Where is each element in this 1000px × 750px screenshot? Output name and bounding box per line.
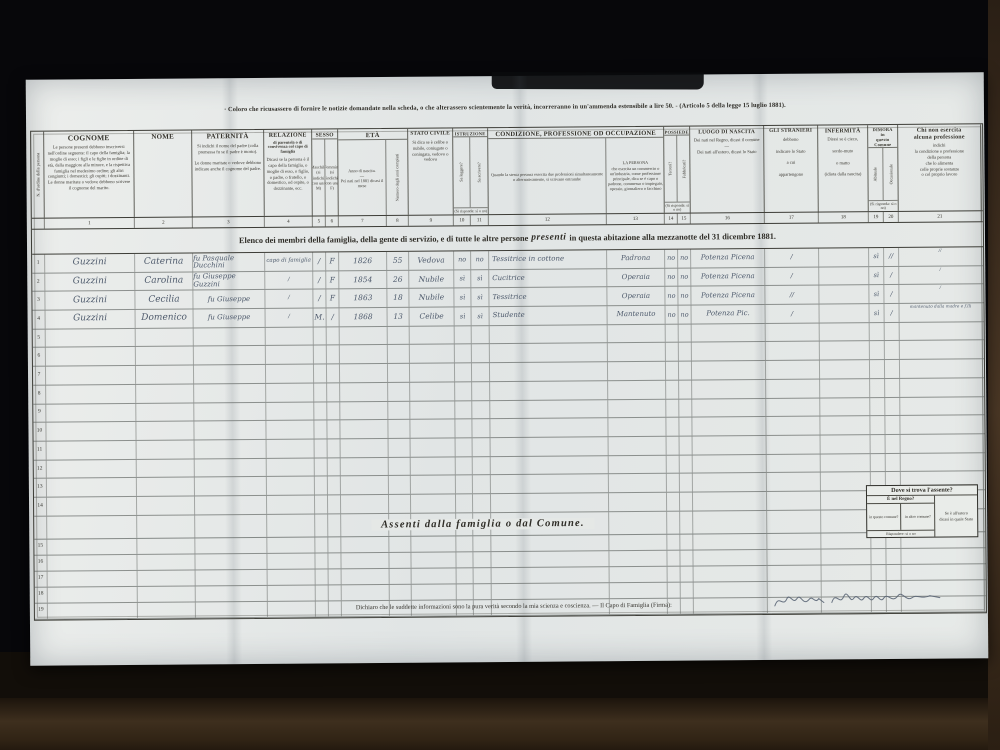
cell-cognome <box>48 603 138 619</box>
cell-n: 11 <box>34 441 47 459</box>
col-header-dimora: DIMORA in questo ComuneAbitualeOccasiona… <box>868 125 899 211</box>
cell-persona: Padrona <box>607 250 665 268</box>
col-foot-istruzione: (Si risponda: sì o no) <box>454 207 488 214</box>
legal-warning: · Coloro che ricusassero di fornire le n… <box>26 100 984 115</box>
cell-relazione <box>267 458 315 476</box>
col-header-relazione: RELAZIONEdi parentela o di convivenza co… <box>264 130 313 216</box>
cell-nascita <box>692 398 766 416</box>
cell-scrive <box>472 345 490 363</box>
col-title-nome: NOME <box>134 130 191 141</box>
col-header-nome: NOME <box>134 130 193 216</box>
cell-infermita <box>821 533 871 548</box>
cell-chinon: mantenuto dalla madre e f.lli <box>900 303 983 321</box>
col-subcols-condizione: Quando la stessa persona esercita due pr… <box>488 137 664 214</box>
cell-cognome <box>46 329 136 347</box>
cell-nascita <box>693 492 767 510</box>
cell-scrive <box>472 363 490 381</box>
cell-anno <box>340 383 388 401</box>
cell-persona: Operaia <box>607 268 665 286</box>
cell-terreni <box>667 534 680 549</box>
col-sub-possiede-2: Fabbricati? <box>677 136 691 202</box>
cell-legge: sì <box>454 270 471 288</box>
cell-paternita <box>195 458 267 476</box>
cell-m <box>314 402 327 420</box>
col-note-chinon: indichi la condizione o professione dell… <box>898 140 981 210</box>
cell-fabbricati <box>679 418 692 436</box>
cell-stato: Nubile <box>409 289 454 307</box>
cell-f <box>327 402 340 420</box>
cell-persona <box>610 582 668 597</box>
cell-abituale: sì <box>869 285 884 303</box>
band-cell <box>47 516 137 539</box>
cell-terreni <box>667 493 680 511</box>
cell-professione <box>490 325 608 344</box>
cell-chinon <box>900 397 983 415</box>
numcell-blank <box>32 219 45 229</box>
cell-m <box>314 365 327 383</box>
cell-infermita <box>819 286 869 304</box>
cell-fabbricati <box>680 474 693 492</box>
cell-stato <box>411 476 456 494</box>
band-cell <box>137 515 195 537</box>
cell-abituale <box>870 360 885 378</box>
band-cell <box>267 514 315 536</box>
numcell-5: 5 <box>313 216 326 226</box>
cell-nascita <box>693 473 767 491</box>
cell-stranieri <box>766 342 820 360</box>
cell-fabbricati: no <box>678 268 691 286</box>
numcell-1: 1 <box>45 218 135 229</box>
elenco-text: Elenco dei membri della famiglia, della … <box>239 233 528 244</box>
cell-anno <box>341 495 389 513</box>
band-cell <box>315 514 328 536</box>
cell-n: 15 <box>34 539 47 554</box>
cell-nome <box>138 570 196 585</box>
cell-n: 2 <box>32 273 45 291</box>
numcell-6: 6 <box>326 216 339 226</box>
cell-paternita <box>194 365 266 383</box>
cell-persona <box>608 418 666 436</box>
col-header-condizione: CONDIZIONE, PROFESSIONE OD OCCUPAZIONEQu… <box>488 127 665 214</box>
cell-n: 10 <box>33 423 46 441</box>
col-title-stranieri: GLI STRANIERI <box>764 126 817 135</box>
cell-scrive <box>472 401 490 419</box>
cell-nascita <box>693 550 767 566</box>
cell-m <box>315 537 328 552</box>
cell-legge <box>456 457 473 475</box>
numcell-19: 19 <box>869 212 884 222</box>
cell-nascita <box>694 566 768 582</box>
band-cell <box>328 514 341 536</box>
cell-anno <box>340 364 388 382</box>
cell-n: 14 <box>34 498 47 516</box>
col-subcols-sesso: Maschile (si indichi con una M)Femmina (… <box>312 138 338 215</box>
cell-paternita <box>195 538 267 554</box>
cell-paternita <box>196 602 268 618</box>
numcell-4: 4 <box>265 217 313 227</box>
cell-stato: Vedova <box>409 251 454 269</box>
cell-abituale <box>871 549 886 564</box>
cell-stranieri <box>767 549 821 564</box>
cell-terreni <box>666 324 679 342</box>
cell-cognome <box>47 539 137 555</box>
band-cell <box>609 511 667 533</box>
cell-anno: 1854 <box>339 271 387 289</box>
cell-relazione <box>266 327 314 345</box>
cell-relazione <box>267 439 315 457</box>
cell-relazione: capo di famiglia <box>265 253 313 271</box>
numcell-11: 11 <box>471 215 489 225</box>
numcell-3: 3 <box>193 217 265 228</box>
cell-persona <box>608 362 666 380</box>
cell-fabbricati <box>679 380 692 398</box>
cell-professione <box>491 535 609 551</box>
cell-stranieri: ∕ <box>765 267 819 285</box>
cell-anni <box>388 383 410 401</box>
col-title-chinon: Chi non esercita alcuna professione <box>898 124 980 141</box>
elenco-presenti: presenti <box>531 233 566 243</box>
cell-nascita: Potenza Picena <box>691 268 765 286</box>
col-header-possiede: POSSIEDETerreni?Fabbricati?(Si risponda:… <box>664 127 691 213</box>
col-subtitle-relazione: di parentela o di convivenza col capo di… <box>264 139 311 155</box>
cell-f: F <box>326 271 339 289</box>
col-title-sesso: SESSO <box>312 129 337 138</box>
col-header-luogo: LUOGO DI NASCITADei nati nel Regno, dica… <box>690 126 765 213</box>
cell-m: ∕ <box>313 271 326 289</box>
cell-nascita: Potenza Pic. <box>692 305 766 323</box>
cell-relazione <box>267 553 315 568</box>
cell-nome <box>136 403 194 421</box>
cell-m <box>316 585 329 600</box>
cell-nascita <box>692 417 766 435</box>
cell-anni: 55 <box>387 252 409 270</box>
numcell-12: 12 <box>489 214 607 225</box>
cell-cognome <box>48 571 138 587</box>
cell-nascita: Potenza Picena <box>691 286 765 304</box>
cell-legge <box>455 401 472 419</box>
cell-cognome <box>48 587 138 603</box>
cell-stranieri <box>766 398 820 416</box>
cell-f <box>327 364 340 382</box>
col-note-relazione: Dicasi se la persona è il capo della fam… <box>264 155 311 216</box>
col-sub-condizione-2: LA PERSONA che esercita un commercio o u… <box>606 138 665 213</box>
cell-legge: no <box>454 251 471 269</box>
cell-nome <box>137 440 195 458</box>
cell-scrive <box>474 568 492 583</box>
cell-persona <box>609 455 667 473</box>
cell-m <box>315 439 328 457</box>
cell-fabbricati: no <box>679 306 692 324</box>
cell-persona: Mantenuto <box>608 306 666 324</box>
table-header-row: N. d'ordine della personaCOGNOMELe perso… <box>31 124 983 218</box>
cell-nome <box>137 496 195 514</box>
cell-nascita <box>694 582 768 598</box>
cell-scrive: sì <box>471 270 489 288</box>
cell-fabbricati <box>679 324 692 342</box>
cell-m <box>314 346 327 364</box>
col-sub-sesso-1: Maschile (si indichi con una M) <box>312 139 326 215</box>
numcell-18: 18 <box>819 212 869 222</box>
cell-anno <box>341 537 389 552</box>
cell-paternita <box>194 384 266 402</box>
cell-persona <box>610 566 668 581</box>
cell-nascita <box>693 436 767 454</box>
col-sub-istruzione-2: Sa scrivere? <box>470 137 489 207</box>
col-title-infermita: INFERMITÀ <box>818 125 867 135</box>
cell-infermita <box>820 323 870 341</box>
col-header-eta: ETÀAnno di nascita. — Pei nati nel 1881 … <box>338 129 409 216</box>
cell-n: 1 <box>32 255 45 273</box>
sub-vertical-text: Abituale <box>873 167 878 181</box>
cell-persona <box>609 493 667 511</box>
cell-stranieri <box>766 379 820 397</box>
cell-stranieri <box>766 417 820 435</box>
col-subcols-eta: Anno di nascita. — Pei nati nel 1881 dic… <box>338 139 408 215</box>
cell-nome <box>136 347 194 365</box>
cell-terreni <box>667 455 680 473</box>
cell-nascita <box>693 455 767 473</box>
band-cell <box>821 510 871 532</box>
cell-stato <box>412 584 457 599</box>
cell-nome <box>136 384 194 402</box>
cell-f <box>328 553 341 568</box>
numcell-8: 8 <box>387 216 409 226</box>
cell-occasionale <box>885 379 900 397</box>
absent-location-box: Dove si trova l'assente? È nel Regno? in… <box>866 484 978 538</box>
cell-m: M. <box>314 308 327 326</box>
cell-infermita <box>820 416 870 434</box>
cell-stato <box>411 552 456 567</box>
cell-stato <box>411 536 456 551</box>
cell-persona <box>609 474 667 492</box>
cell-stato <box>412 568 457 583</box>
cell-m <box>315 553 328 568</box>
cell-occasionale <box>885 360 900 378</box>
cell-terreni <box>666 343 679 361</box>
cell-professione: Tessitrice in cottone <box>489 250 607 269</box>
cell-m: ∕ <box>313 290 326 308</box>
col-sub-condizione-1: Quando la stessa persona esercita due pr… <box>488 138 607 214</box>
cell-f <box>327 420 340 438</box>
cell-m <box>315 495 328 513</box>
band-cell <box>667 511 680 533</box>
cell-nascita <box>693 534 767 550</box>
cell-anni: 13 <box>388 308 410 326</box>
cell-stato <box>410 420 455 438</box>
cell-infermita <box>819 267 869 285</box>
col-sub-dimora-2: Occasionale <box>883 148 898 200</box>
cell-infermita <box>820 304 870 322</box>
cell-n: 7 <box>33 367 46 385</box>
cell-chinon <box>900 322 983 340</box>
sub-vertical-text: Numero degli anni compiuti <box>395 154 400 201</box>
cell-occasionale: ∕ <box>885 304 900 322</box>
cell-anni <box>388 327 410 345</box>
cell-infermita <box>819 248 869 266</box>
absent-box-q2: in altro comune? <box>901 504 934 530</box>
cell-fabbricati <box>681 566 694 581</box>
cell-persona <box>609 534 667 549</box>
cell-persona: Operaia <box>607 287 665 305</box>
cell-professione <box>491 493 609 512</box>
cell-m <box>316 569 329 584</box>
cell-legge <box>456 536 473 551</box>
cell-professione: Tessitrice <box>489 288 607 307</box>
cell-fabbricati <box>680 550 693 565</box>
cell-terreni <box>668 582 681 597</box>
cell-occasionale: ∕ <box>884 285 899 303</box>
cell-f <box>327 346 340 364</box>
cell-scrive <box>472 382 490 400</box>
absent-section-heading: Assenti dalla famiglia o dal Comune. <box>371 517 595 530</box>
cell-anno <box>340 327 388 345</box>
cell-cognome <box>47 497 137 515</box>
cell-anni <box>388 345 410 363</box>
cell-nascita <box>692 361 766 379</box>
cell-anni <box>389 457 411 475</box>
cell-professione <box>490 418 608 437</box>
cell-infermita <box>821 491 871 509</box>
cell-anno <box>342 585 390 600</box>
cell-chinon <box>900 359 983 377</box>
wood-table-edge <box>988 0 1000 750</box>
cell-chinon: ∕ <box>899 285 982 303</box>
cell-paternita <box>195 554 267 570</box>
numcell-20: 20 <box>884 212 899 222</box>
cell-scrive <box>473 536 491 551</box>
cell-legge <box>457 568 474 583</box>
col-subcols-possiede: Terreni?Fabbricati? <box>664 135 690 202</box>
cell-nome: Domenico <box>136 310 194 328</box>
cell-chinon <box>901 434 984 452</box>
col-header-stranieri: GLI STRANIERIdebbono indicare lo Stato a… <box>764 126 819 212</box>
cell-fabbricati: no <box>678 250 691 268</box>
cell-persona <box>608 399 666 417</box>
cell-professione <box>491 437 609 456</box>
cell-chinon: ∕ <box>899 266 982 284</box>
cell-legge <box>457 584 474 599</box>
cell-nascita <box>692 342 766 360</box>
cell-cognome <box>46 422 136 440</box>
col-header-paternita: PATERNITÀSi indichi il nome del padre (c… <box>192 130 265 217</box>
cell-abituale: sì <box>870 304 885 322</box>
cell-legge <box>456 438 473 456</box>
numcell-10: 10 <box>454 215 471 225</box>
cell-chinon <box>901 453 984 471</box>
col-header-sesso: SESSOMaschile (si indichi con una M)Femm… <box>312 129 339 215</box>
cell-stato: Nubile <box>409 270 454 288</box>
cell-anni <box>389 536 411 551</box>
cell-infermita <box>820 398 870 416</box>
cell-m <box>316 601 329 616</box>
head-of-family-signature <box>772 585 950 615</box>
col-header-cognome: COGNOMELe persone presenti debbono inscr… <box>44 131 135 218</box>
cell-paternita <box>194 402 266 420</box>
cell-stranieri <box>766 361 820 379</box>
cell-occasionale <box>886 435 901 453</box>
cell-scrive: no <box>471 251 489 269</box>
cell-legge <box>455 382 472 400</box>
cell-occasionale <box>885 397 900 415</box>
cell-abituale: sì <box>869 248 884 266</box>
cell-anno <box>341 476 389 494</box>
col-note-paternita: Si indichi il nome del padre (colla prem… <box>192 141 264 217</box>
cell-persona <box>609 550 667 565</box>
cell-paternita: fu Pasquale Ducchini <box>193 253 265 271</box>
cell-fabbricati <box>679 399 692 417</box>
cell-cognome: Guzzini <box>46 310 136 328</box>
cell-professione <box>491 456 609 475</box>
cell-anni <box>388 420 410 438</box>
col-title-stato: STATO CIVILE <box>408 128 452 137</box>
cell-occasionale <box>885 341 900 359</box>
cell-abituale <box>870 341 885 359</box>
cell-nome <box>138 586 196 601</box>
cell-paternita <box>194 346 266 364</box>
cell-chinon <box>902 564 985 580</box>
cell-nome: Cecilia <box>135 291 193 309</box>
cell-terreni: no <box>665 250 678 268</box>
cell-scrive <box>473 475 491 493</box>
cell-scrive <box>473 552 491 567</box>
numcell-17: 17 <box>765 213 819 223</box>
sub-vertical-text: Sa scrivere? <box>477 162 482 182</box>
col-sub-eta-1: Anno di nascita. — Pei nati nel 1881 dic… <box>338 140 387 215</box>
cell-professione <box>491 474 609 493</box>
absent-box-estero: Se è all'estero dicasi in quale Stato <box>935 495 977 536</box>
cell-relazione <box>266 346 314 364</box>
cell-nascita <box>692 380 766 398</box>
cell-cognome: Guzzini <box>45 291 135 309</box>
cell-terreni <box>666 418 679 436</box>
cell-anni <box>390 584 412 599</box>
cell-f: F <box>326 252 339 270</box>
cell-nascita: Potenza Picena <box>691 249 765 267</box>
cell-terreni <box>667 437 680 455</box>
cell-professione: Studente <box>490 306 608 325</box>
cell-stranieri <box>767 473 821 491</box>
cell-nome <box>138 602 196 617</box>
cell-relazione <box>268 585 316 600</box>
cell-nome <box>137 459 195 477</box>
cell-cognome <box>46 385 136 403</box>
sub-vertical-text: Occasionale <box>888 164 893 185</box>
cell-scrive <box>472 419 490 437</box>
cell-n: 5 <box>33 329 46 347</box>
cell-relazione <box>268 569 316 584</box>
cell-nome: Carolina <box>135 272 193 290</box>
cell-relazione <box>266 421 314 439</box>
cell-terreni <box>666 362 679 380</box>
numcell-13: 13 <box>607 214 665 224</box>
cell-nascita <box>692 324 766 342</box>
col-title-cognome: COGNOME <box>44 131 133 143</box>
cell-legge <box>455 345 472 363</box>
cell-paternita: fu Giuseppe Guzzini <box>193 272 265 290</box>
cell-relazione <box>267 537 315 552</box>
cell-stranieri: ∕∕ <box>765 286 819 304</box>
cell-scrive <box>473 457 491 475</box>
cell-nome: Caterina <box>135 253 193 271</box>
cell-stranieri <box>767 435 821 453</box>
cell-chinon <box>900 415 983 433</box>
cell-anno <box>342 569 390 584</box>
cell-relazione <box>267 477 315 495</box>
cell-abituale <box>870 323 885 341</box>
cell-cognome <box>46 366 136 384</box>
cell-stato: Celibe <box>410 307 455 325</box>
cell-anni <box>389 476 411 494</box>
